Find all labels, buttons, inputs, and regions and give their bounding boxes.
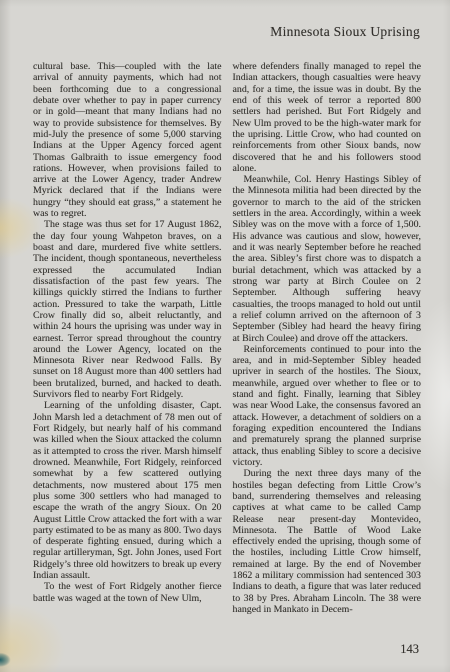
paragraph: Learning of the unfolding disaster, Capt… — [33, 400, 222, 581]
paragraph: During the next three days many of the h… — [233, 468, 422, 615]
running-head: Minnesota Sioux Uprising — [270, 24, 420, 40]
scan-artifact-corner-mark — [0, 651, 13, 667]
paragraph: Reinforcements continued to pour into th… — [233, 344, 422, 468]
paragraph: Meanwhile, Col. Henry Hastings Sibley of… — [233, 174, 422, 344]
column-left: cultural base. This—coupled with the lat… — [33, 61, 222, 615]
book-page: Minnesota Sioux Uprising cultural base. … — [0, 0, 450, 672]
column-right: where defenders finally managed to repel… — [233, 61, 422, 615]
paragraph: The stage was thus set for 17 August 186… — [33, 219, 222, 400]
text-columns: cultural base. This—coupled with the lat… — [33, 61, 421, 615]
page-number: 143 — [400, 642, 419, 657]
paragraph: cultural base. This—coupled with the lat… — [33, 61, 222, 219]
paragraph: To the west of Fort Ridgely another fier… — [33, 581, 222, 604]
paragraph: where defenders finally managed to repel… — [233, 61, 422, 174]
